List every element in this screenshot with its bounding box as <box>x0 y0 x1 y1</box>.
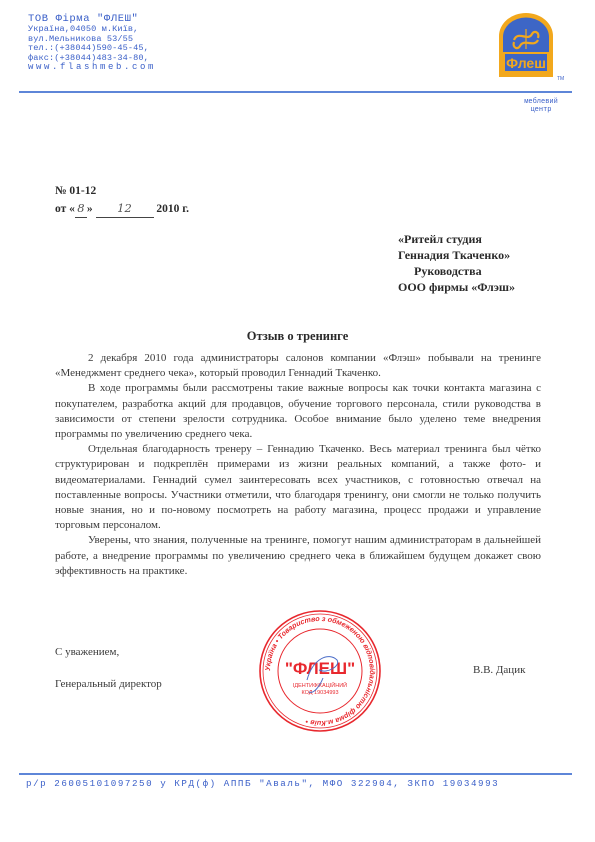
svg-text:КОД 19034993: КОД 19034993 <box>301 690 338 696</box>
website-link[interactable]: www.flashmeb.com <box>28 63 156 73</box>
reference-number: № 01-12 <box>55 183 189 200</box>
recipient-line: Геннадия Ткаченко» <box>398 247 515 263</box>
footer-divider <box>19 773 572 775</box>
reference-date: от «8» 12 2010 г. <box>55 200 189 218</box>
recipient-block: «Ритейл студия Геннадия Ткаченко» Руково… <box>398 231 515 295</box>
bank-details: р/р 26005101097250 у КРД(ф) АППБ "Аваль"… <box>26 778 499 789</box>
subtitle-line: меблевий <box>506 98 576 106</box>
body-paragraph: Отдельная благодарность тренеру – Геннад… <box>55 442 541 533</box>
recipient-line: «Ритейл студия <box>398 231 515 247</box>
body-paragraph: Уверены, что знания, полученные на трени… <box>55 533 541 579</box>
body-paragraph: В ходе программы были рассмотрены такие … <box>55 381 541 442</box>
signer-name: В.В. Дацик <box>473 664 525 676</box>
date-prefix: от « <box>55 203 75 215</box>
trademark-mark: TM <box>557 76 564 82</box>
letterhead-contacts: ТОВ Фірма "ФЛЕШ" Україна,04050 м.Київ, в… <box>28 13 156 73</box>
date-year: 2010 г. <box>156 203 189 215</box>
company-stamp: Україна • Товариство з обмеженою відпові… <box>257 608 383 734</box>
date-day: 8 <box>75 200 87 218</box>
recipient-line: Руководства <box>398 263 515 279</box>
date-month: 12 <box>96 200 154 218</box>
signer-position: Генеральный директор <box>55 668 162 700</box>
header-divider <box>19 91 491 93</box>
date-mid: » <box>87 203 93 215</box>
letter-reference: № 01-12 от «8» 12 2010 г. <box>55 183 189 218</box>
closing-block: С уважением, Генеральный директор <box>55 636 162 700</box>
logo-subtitle: меблевий центр <box>506 98 576 114</box>
subtitle-line: центр <box>506 106 576 114</box>
svg-text:"ФЛЕШ": "ФЛЕШ" <box>285 659 355 678</box>
recipient-line: ООО фирмы «Флэш» <box>398 279 515 295</box>
letter-body: 2 декабря 2010 года администраторы салон… <box>55 351 541 579</box>
flash-logo-icon: Флеш <box>498 12 554 78</box>
body-paragraph: 2 декабря 2010 года администраторы салон… <box>55 351 541 381</box>
logo-divider <box>491 91 572 93</box>
svg-text:Флеш: Флеш <box>506 55 546 71</box>
closing-regards: С уважением, <box>55 636 162 668</box>
document-title: Отзыв о тренинге <box>0 329 595 344</box>
